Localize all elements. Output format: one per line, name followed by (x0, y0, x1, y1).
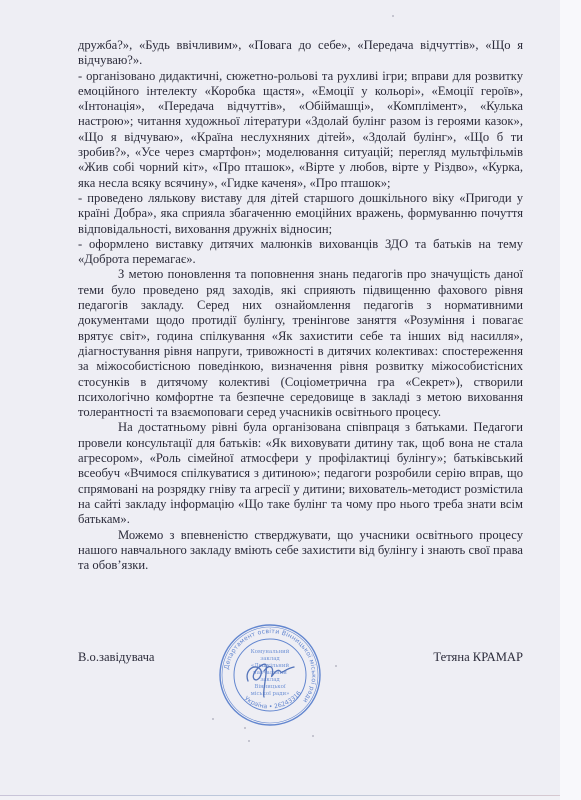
official-seal-icon: Департамент освіти Вінницької міської ра… (218, 623, 322, 727)
svg-text:Вінницької: Вінницької (254, 684, 285, 690)
scan-speck (335, 665, 337, 667)
scan-edge-strip (560, 0, 581, 800)
page-bottom-edge (0, 795, 560, 796)
scan-speck (312, 735, 314, 737)
svg-text:заклад: заклад (260, 677, 280, 683)
signatory-role: В.о.завідувача (78, 650, 155, 665)
svg-text:навчальний: навчальний (253, 670, 287, 676)
paragraph-teacher-training: З метою поновлення та поповнення знань п… (78, 267, 523, 420)
svg-text:Комунальний: Комунальний (251, 649, 290, 655)
scan-speck (212, 718, 214, 720)
svg-text:міської ради»: міської ради» (251, 691, 290, 697)
document-body: дружба?», «Будь ввічливим», «Повага до с… (78, 38, 523, 573)
paragraph-continuation: дружба?», «Будь ввічливим», «Повага до с… (78, 38, 523, 69)
signatory-name: Тетяна КРАМАР (433, 650, 523, 665)
paragraph-conclusion: Можемо з впевненістю стверджувати, що уч… (78, 528, 523, 574)
paragraph-puppet-show: - проведено лялькову виставу для дітей с… (78, 191, 523, 237)
scan-speck (392, 15, 394, 17)
scan-speck (244, 727, 246, 729)
paragraph-games-list: - організовано дидактичні, сюжетно-рольо… (78, 69, 523, 191)
svg-text:заклад: заклад (260, 656, 280, 662)
scan-speck (248, 740, 250, 742)
paragraph-drawings-exhibition: - оформлено виставку дитячих малюнків ви… (78, 237, 523, 268)
paragraph-parent-cooperation: На достатньому рівні була організована с… (78, 420, 523, 527)
